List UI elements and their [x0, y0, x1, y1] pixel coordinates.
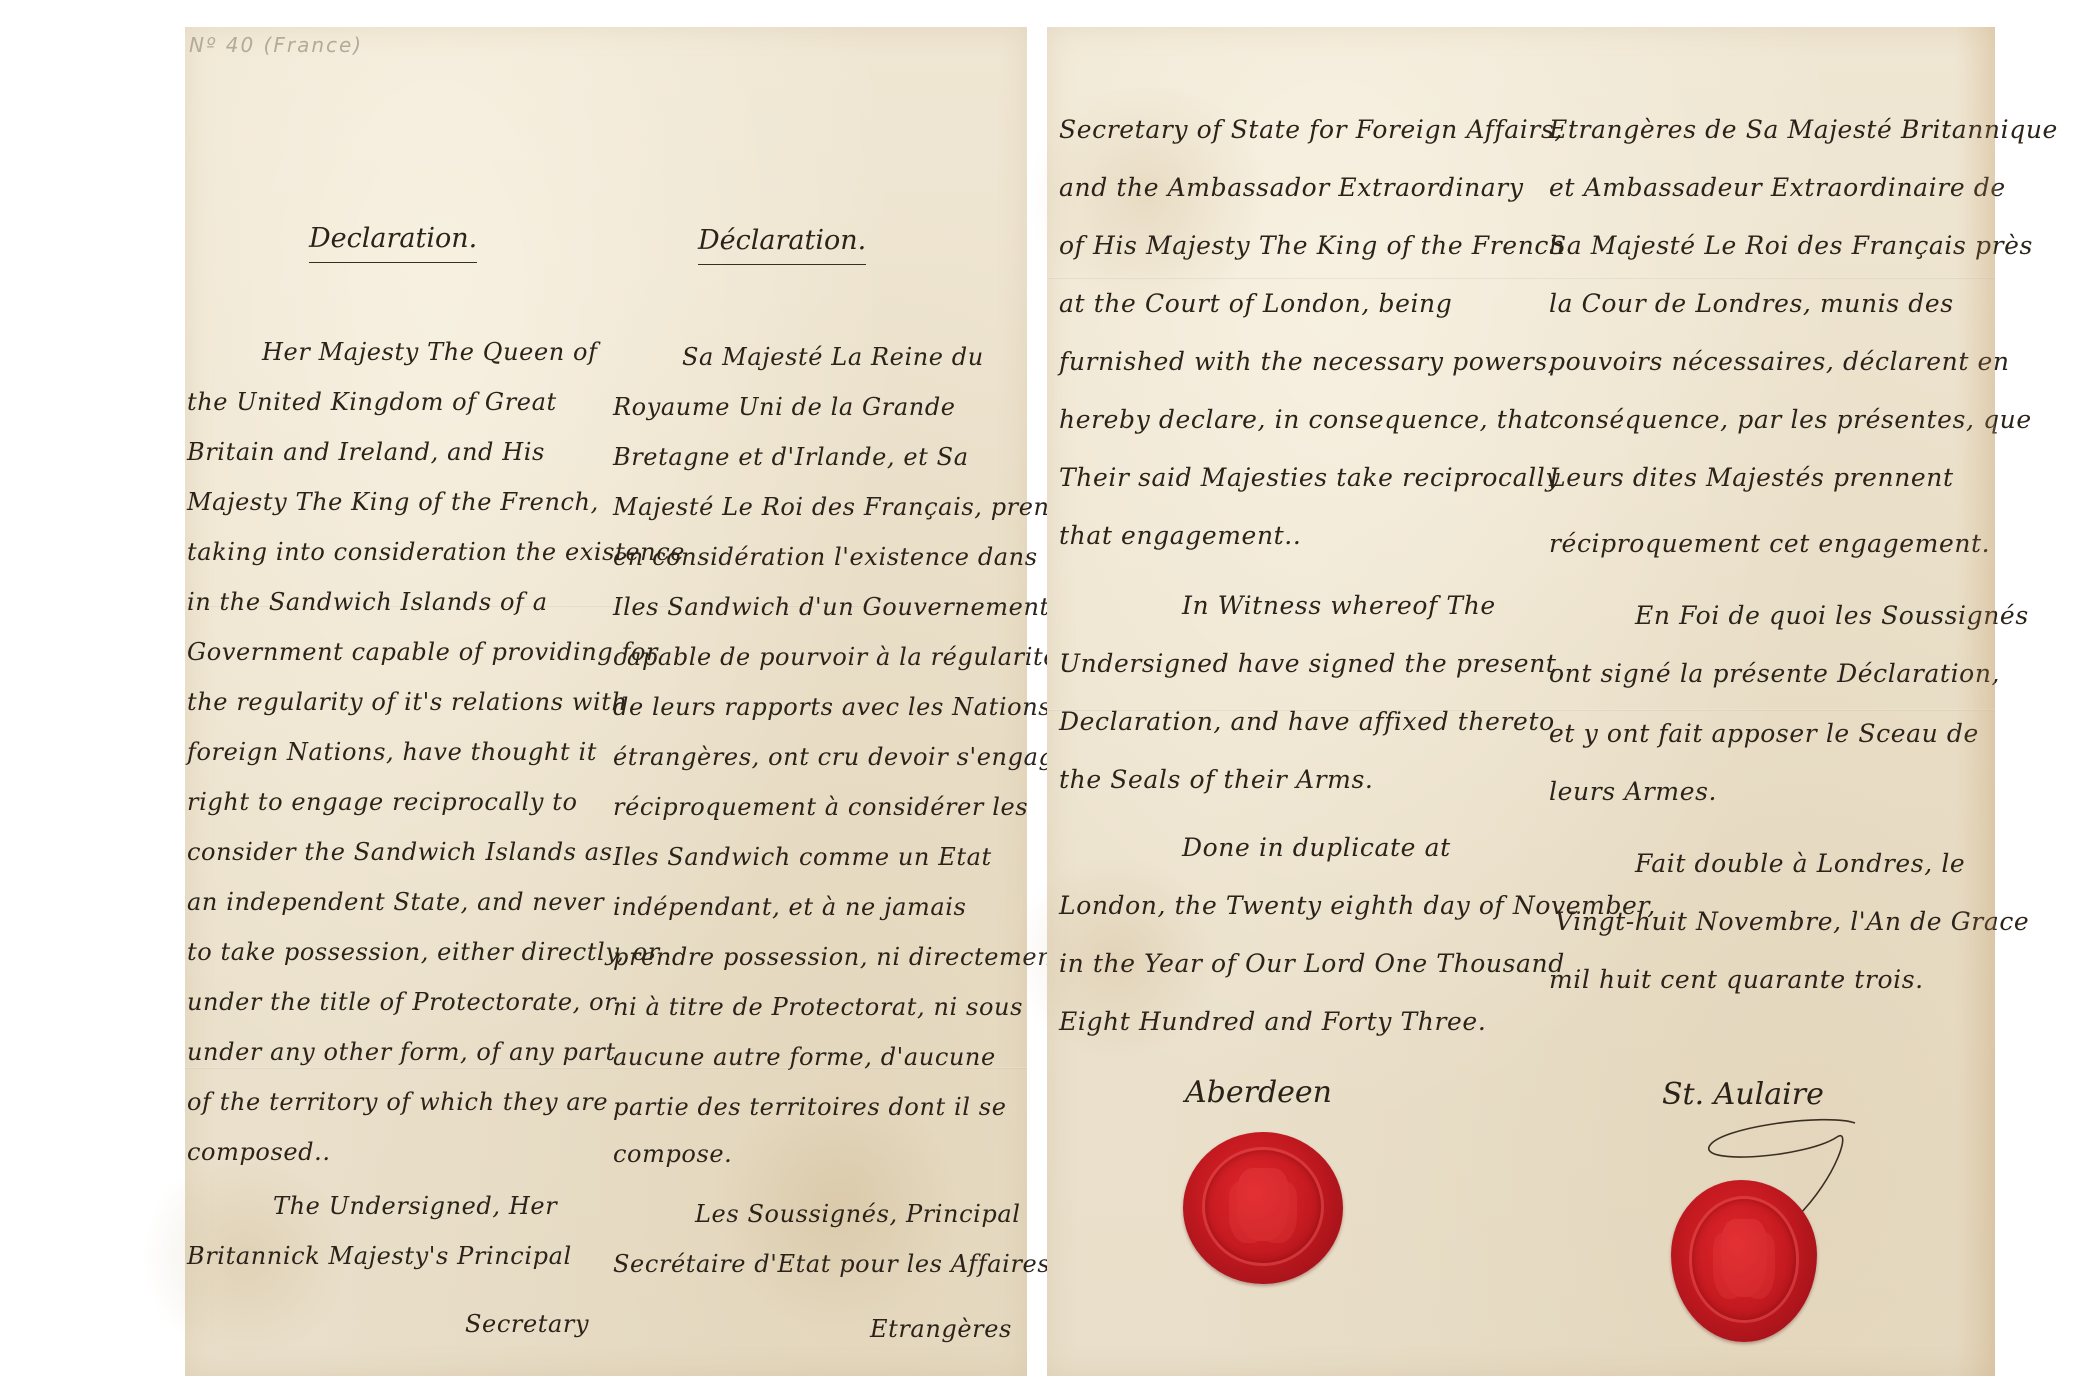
text-line: pouvoirs nécessaires, déclarent en: [1549, 349, 2010, 374]
text-line: the Seals of their Arms.: [1059, 767, 1373, 792]
text-line: partie des territoires dont il se: [613, 1095, 1007, 1119]
text-line: Secrétaire d'Etat pour les Affaires: [613, 1252, 1050, 1276]
text-line: ni à titre de Protectorat, ni sous: [613, 995, 1023, 1019]
text-line: Their said Majesties take reciprocally: [1059, 465, 1560, 490]
text-line: Sa Majesté Le Roi des Français près: [1549, 233, 2033, 258]
coat-of-arms-icon: [1721, 1219, 1768, 1297]
text-line: Britannick Majesty's Principal: [187, 1244, 572, 1268]
text-line: furnished with the necessary powers,: [1059, 349, 1556, 374]
text-line: Vingt-huit Novembre, l'An de Grace: [1555, 909, 2029, 934]
text-line: réciproquement à considérer les: [613, 795, 1028, 819]
text-line: mil huit cent quarante trois.: [1549, 967, 1924, 992]
text-line: and the Ambassador Extraordinary: [1059, 175, 1524, 200]
british-wax-seal-icon: [1183, 1132, 1343, 1284]
text-line: Bretagne et d'Irlande, et Sa: [613, 445, 969, 469]
text-line: Eight Hundred and Forty Three.: [1059, 1009, 1486, 1034]
coat-of-arms-icon: [1237, 1168, 1288, 1241]
text-line: Sa Majesté La Reine du: [682, 345, 984, 369]
signature-aberdeen: Aberdeen: [1185, 1075, 1332, 1110]
text-line: Les Soussignés, Principal: [695, 1202, 1021, 1226]
right-page: Secretary of State for Foreign Affairs, …: [1047, 27, 1995, 1376]
text-line: Britain and Ireland, and His: [187, 440, 545, 464]
text-line: de leurs rapports avec les Nations: [613, 695, 1051, 719]
text-line: ont signé la présente Déclaration,: [1549, 661, 2000, 686]
english-heading: Declaration.: [309, 223, 477, 263]
text-line: Etrangères de Sa Majesté Britannique: [1549, 117, 2058, 142]
text-line: réciproquement cet engagement.: [1549, 531, 1990, 556]
text-line: aucune autre forme, d'aucune: [613, 1045, 996, 1069]
text-line: the United Kingdom of Great: [187, 390, 557, 414]
text-line: composed..: [187, 1140, 331, 1164]
text-line: in the Year of Our Lord One Thousand: [1059, 951, 1565, 976]
text-line: that engagement..: [1059, 523, 1301, 548]
text-line: foreign Nations, have thought it: [187, 740, 597, 764]
text-line: Etrangères: [870, 1317, 1012, 1341]
text-line: étrangères, ont cru devoir s'engager: [613, 745, 1081, 769]
text-line: Declaration, and have affixed thereto: [1059, 709, 1555, 734]
paper-fold: [1047, 277, 1995, 279]
text-line: leurs Armes.: [1549, 779, 1717, 804]
text-line: Royaume Uni de la Grande: [613, 395, 956, 419]
text-line: la Cour de Londres, munis des: [1549, 291, 1954, 316]
signature-st-aulaire: St. Aulaire: [1662, 1077, 1824, 1112]
text-line: conséquence, par les présentes, que: [1549, 407, 2032, 432]
text-line: capable de pourvoir à la régularité: [613, 645, 1058, 669]
text-line: Undersigned have signed the present: [1059, 651, 1557, 676]
left-page: Nº 40 (France) Declaration. Déclaration.…: [185, 27, 1027, 1376]
text-line: Leurs dites Majestés prennent: [1549, 465, 1954, 490]
text-line: Government capable of providing for: [187, 640, 658, 664]
french-wax-seal-icon: [1671, 1180, 1817, 1342]
text-line: under any other form, of any part: [187, 1040, 616, 1064]
text-line: Iles Sandwich comme un Etat: [613, 845, 992, 869]
text-line: Majesty The King of the French,: [187, 490, 599, 514]
text-line: indépendant, et à ne jamais: [613, 895, 966, 919]
text-line: right to engage reciprocally to: [187, 790, 578, 814]
text-line: En Foi de quoi les Soussignés: [1635, 603, 2029, 628]
text-line: Done in duplicate at: [1182, 835, 1451, 860]
text-line: to take possession, either directly, or: [187, 940, 660, 964]
text-line: the regularity of it's relations with: [187, 690, 628, 714]
text-line: an independent State, and never: [187, 890, 604, 914]
text-line: In Witness whereof The: [1182, 593, 1496, 618]
text-line: prendre possession, ni directement,: [613, 945, 1072, 969]
text-line: at the Court of London, being: [1059, 291, 1452, 316]
text-line: Her Majesty The Queen of: [262, 340, 598, 364]
text-line: Secretary of State for Foreign Affairs,: [1059, 117, 1563, 142]
text-line: compose.: [613, 1142, 732, 1166]
text-line: Fait double à Londres, le: [1635, 851, 1965, 876]
text-line: of the territory of which they are: [187, 1090, 608, 1114]
text-line: under the title of Protectorate, or: [187, 990, 616, 1014]
text-line: of His Majesty The King of the French: [1059, 233, 1566, 258]
french-heading: Déclaration.: [698, 225, 866, 265]
text-line: et Ambassadeur Extraordinaire de: [1549, 175, 2006, 200]
text-line: The Undersigned, Her: [273, 1194, 557, 1218]
text-line: Majesté Le Roi des Français, prenant: [613, 495, 1091, 519]
text-line: Secretary: [465, 1312, 589, 1336]
text-line: hereby declare, in consequence, that: [1059, 407, 1550, 432]
text-line: Iles Sandwich d'un Gouvernement: [613, 595, 1050, 619]
text-line: et y ont fait apposer le Sceau de: [1549, 721, 1979, 746]
text-line: en considération l'existence dans les: [613, 545, 1082, 569]
text-line: consider the Sandwich Islands as: [187, 840, 613, 864]
archive-pencil-note: Nº 40 (France): [189, 33, 363, 57]
text-line: taking into consideration the existence: [187, 540, 685, 564]
text-line: in the Sandwich Islands of a: [187, 590, 548, 614]
